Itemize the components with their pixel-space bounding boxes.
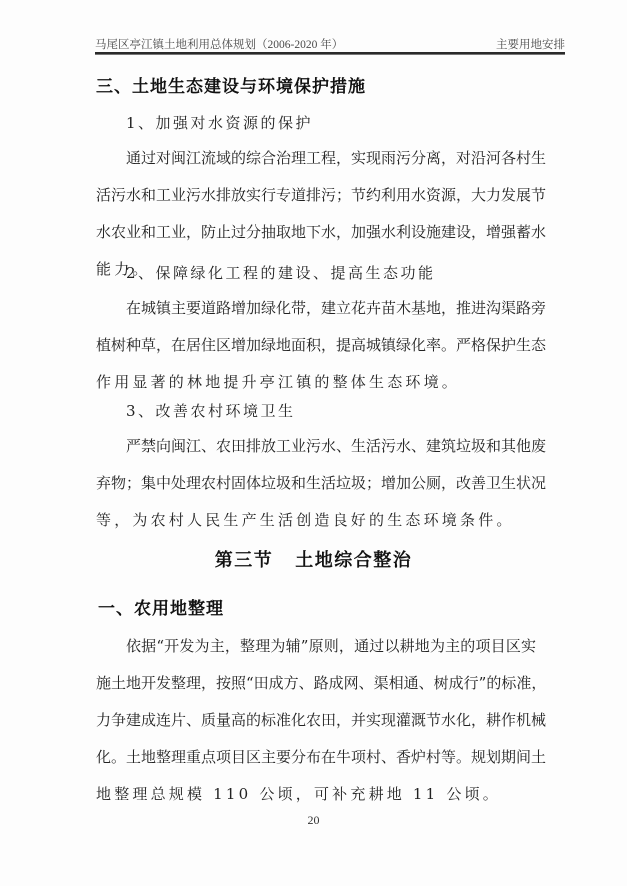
paragraph-line: 化。土地整理重点项目区主要分布在牛项村、香炉村等。规划期间土 <box>96 739 536 776</box>
item-2-paragraph: 在城镇主要道路增加绿化带，建立花卉苗木基地，推进沟渠路旁 植树种草，在居住区增加… <box>96 290 536 401</box>
item-3-paragraph: 严禁向闽江、农田排放工业污水、生活污水、建筑垃圾和其他废 弃物；集中处理农村固体… <box>96 428 536 539</box>
item-1-title: 1、加强对水资源的保护 <box>126 112 566 133</box>
document-title: 马尾区亭江镇土地利用总体规划（2006-2020 年） <box>95 36 343 52</box>
paragraph-line: 地整理总规模 110 公顷，可补充耕地 11 公顷。 <box>96 776 536 813</box>
section-name: 土地综合整治 <box>295 550 412 571</box>
paragraph-line: 植树种草，在居住区增加绿地面积，提高城镇绿化率。严格保护生态 <box>96 327 536 364</box>
paragraph-line: 力争建成连片、质量高的标准化农田，并实现灌溉节水化，耕作机械 <box>96 702 536 739</box>
paragraph-line: 在城镇主要道路增加绿化带，建立花卉苗木基地，推进沟渠路旁 <box>96 290 536 327</box>
header-rule <box>95 52 565 55</box>
paragraph-line: 作用显著的林地提升亭江镇的整体生态环境。 <box>96 364 536 401</box>
paragraph-line: 水农业和工业，防止过分抽取地下水，加强水利设施建设，增强蓄水 <box>96 214 536 251</box>
item-2-title: 2、保障绿化工程的建设、提高生态功能 <box>126 262 566 283</box>
section-title: 第三节土地综合整治 <box>0 546 627 572</box>
paragraph-line: 弃物；集中处理农村固体垃圾和生活垃圾；增加公厕，改善卫生状况 <box>96 465 536 502</box>
subsection-one-heading: 一、农用地整理 <box>98 594 538 619</box>
paragraph-line: 依据“开发为主，整理为辅”原则，通过以耕地为主的项目区实 <box>96 628 536 665</box>
item-3-title: 3、改善农村环境卫生 <box>126 400 566 421</box>
page-number: 20 <box>0 813 627 828</box>
paragraph-line: 通过对闽江流域的综合治理工程，实现雨污分离，对沿河各村生 <box>96 140 536 177</box>
chapter-title: 主要用地安排 <box>496 36 565 52</box>
section-number: 第三节 <box>215 550 274 571</box>
section-three-heading: 三、土地生态建设与环境保护措施 <box>96 72 536 97</box>
paragraph-line: 等，为农村人民生产生活创造良好的生态环境条件。 <box>96 502 536 539</box>
paragraph-line: 施土地开发整理，按照“田成方、路成网、渠相通、树成行”的标准， <box>96 665 536 702</box>
paragraph-line: 严禁向闽江、农田排放工业污水、生活污水、建筑垃圾和其他废 <box>96 428 536 465</box>
subsection-one-paragraph: 依据“开发为主，整理为辅”原则，通过以耕地为主的项目区实 施土地开发整理，按照“… <box>96 628 536 813</box>
paragraph-line: 活污水和工业污水排放实行专道排污；节约利用水资源，大力发展节 <box>96 177 536 214</box>
document-page: 马尾区亭江镇土地利用总体规划（2006-2020 年） 主要用地安排 三、土地生… <box>0 0 627 886</box>
